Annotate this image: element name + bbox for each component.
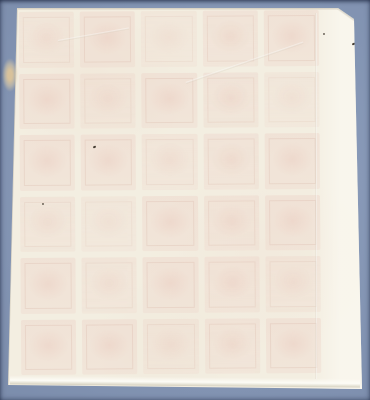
stamp-impression bbox=[204, 195, 260, 251]
stamp-impression bbox=[80, 11, 136, 67]
stamp-impression bbox=[19, 73, 75, 129]
stamp-impression bbox=[264, 71, 320, 127]
stamp-impression bbox=[21, 319, 77, 375]
ink-speck bbox=[57, 386, 61, 389]
ink-speck bbox=[323, 33, 326, 36]
stamp-impression bbox=[81, 134, 137, 190]
stamp-impression bbox=[141, 11, 197, 67]
stamp-impression bbox=[266, 317, 322, 373]
stamp-impression bbox=[143, 257, 199, 313]
stamp-impression bbox=[202, 10, 258, 66]
stamp-impression bbox=[142, 72, 198, 128]
stamp-impression bbox=[204, 256, 260, 312]
stamp-impression bbox=[82, 257, 138, 313]
photo-background bbox=[0, 0, 370, 400]
stamp-impression bbox=[203, 133, 259, 189]
stamp-impression bbox=[143, 318, 199, 374]
sheet-bottom-edge-highlight bbox=[10, 375, 360, 387]
stamp-impression bbox=[19, 12, 75, 68]
stamp-impression bbox=[82, 319, 138, 375]
stamp-impressions-grid bbox=[19, 10, 322, 375]
paper-crease bbox=[338, 8, 355, 21]
stamp-impression bbox=[20, 196, 76, 252]
stamp-impression bbox=[265, 194, 321, 250]
stamp-impression bbox=[264, 133, 320, 189]
stamp-impression bbox=[203, 72, 259, 128]
stamp-impression bbox=[264, 10, 320, 66]
stamp-impression bbox=[20, 135, 76, 191]
stamp-impression bbox=[80, 73, 136, 129]
stamp-impression bbox=[142, 134, 198, 190]
stamp-impression bbox=[204, 318, 260, 374]
stamp-impression bbox=[265, 256, 321, 312]
stamp-sheet bbox=[0, 0, 370, 400]
stamp-impression bbox=[142, 195, 198, 251]
stamp-impression bbox=[81, 196, 137, 252]
stamp-impression bbox=[20, 258, 76, 314]
ink-speck bbox=[352, 43, 356, 46]
